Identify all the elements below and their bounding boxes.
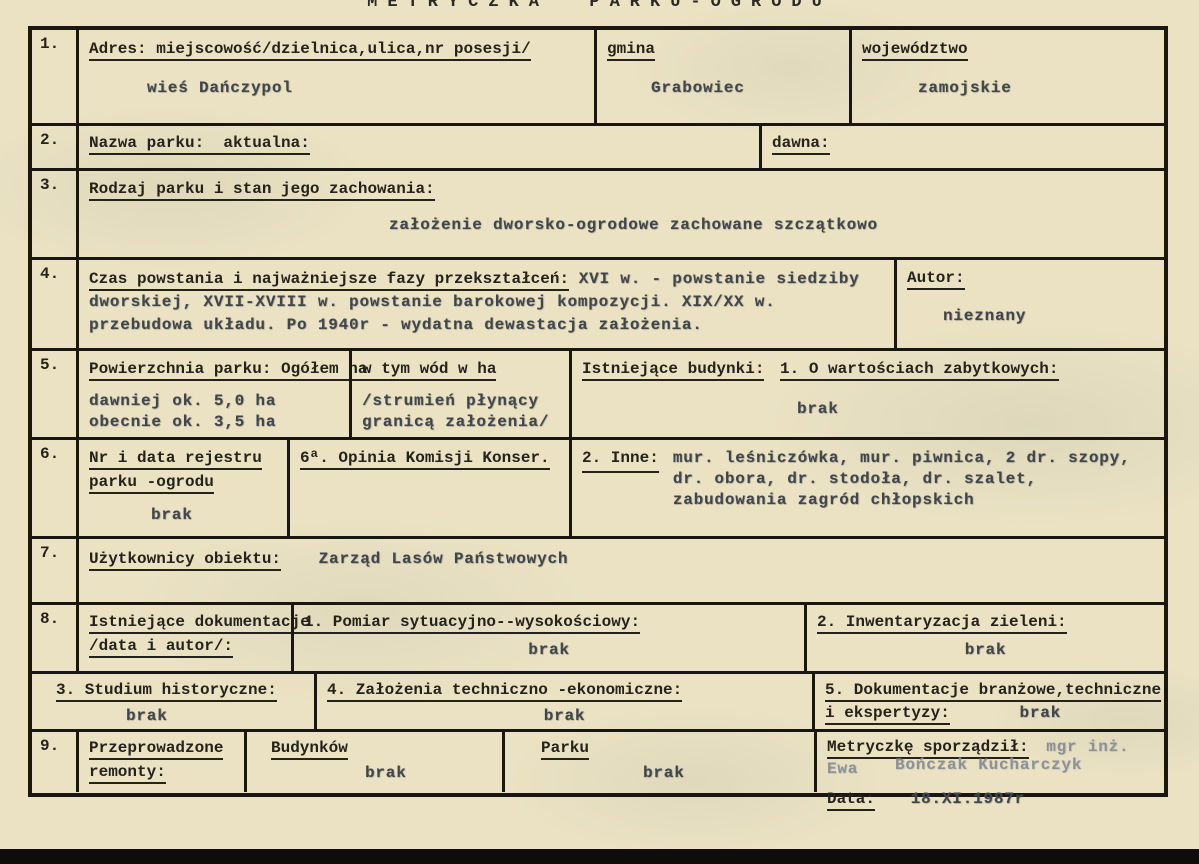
form-table: 1. Adres: miejscowość/dzielnica,ulica,nr…: [28, 26, 1168, 797]
author-label: Autor:: [907, 269, 965, 290]
greenery-inventory-cell: 2. Inwentaryzacja zieleni: brak: [804, 605, 1164, 671]
expert-docs-label-line2: i ekspertyzy:: [825, 704, 950, 725]
water-cell: w tym wód w ha /strumień płynący granicą…: [349, 351, 569, 437]
gmina-label: gmina: [607, 40, 655, 61]
former-name-cell: dawna:: [759, 126, 1164, 168]
park-name-cell: Nazwa parku: aktualna:: [79, 126, 759, 168]
buildings-label: Istniejące budynki:: [582, 360, 764, 381]
documentation-cell: Istniejące dokumentacje /data i autor/:: [79, 605, 291, 671]
expert-docs-cell: 5. Dokumentacje branżowe,techniczne i ek…: [812, 674, 1171, 729]
register-cell: Nr i data rejestru parku -ogrodu brak: [79, 440, 287, 536]
historic-buildings-value: brak: [797, 399, 1154, 421]
form-row-3: 3. Rodzaj parku i stan jego zachowania: …: [32, 168, 1164, 257]
expert-docs-value: brak: [1019, 704, 1061, 722]
historic-buildings-label: 1. O wartościach zabytkowych:: [780, 360, 1058, 381]
area-label: Powierzchnia parku: Ogółem ha: [89, 360, 367, 381]
prepared-by-name-line2: Bończak Kucharczyk: [895, 755, 1082, 777]
register-value: brak: [151, 505, 277, 527]
technical-assumptions-value: brak: [327, 706, 802, 728]
row-6-number: 6.: [32, 440, 79, 536]
park-renovations-cell: Parku brak: [502, 732, 814, 792]
row-3-number: 3.: [32, 171, 79, 257]
row-7-number: 7.: [32, 539, 79, 602]
area-cell: Powierzchnia parku: Ogółem ha dawniej ok…: [79, 351, 349, 437]
form-row-8a: 8. Istniejące dokumentacje /data i autor…: [32, 602, 1164, 671]
row-4-number: 4.: [32, 260, 79, 348]
greenery-inventory-label: 2. Inwentaryzacja zieleni:: [817, 613, 1067, 634]
formation-label: Czas powstania i najważniejsze fazy prze…: [89, 270, 569, 291]
building-renovations-value: brak: [365, 763, 492, 785]
address-value: wieś Dańczypol: [147, 78, 584, 100]
address-label: Adres: miejscowość/dzielnica,ulica,nr po…: [89, 40, 531, 61]
form-row-2: 2. Nazwa parku: aktualna: dawna:: [32, 123, 1164, 168]
historical-study-cell: 3. Studium historyczne: brak: [32, 674, 314, 729]
form-row-4: 4. Czas powstania i najważniejsze fazy p…: [32, 257, 1164, 348]
row-1-number: 1.: [32, 30, 79, 123]
users-label: Użytkownicy obiektu:: [89, 550, 281, 571]
gmina-cell: gmina Grabowiec: [594, 30, 849, 123]
form-row-9: 9. Przeprowadzone remonty: Budynków brak…: [32, 729, 1164, 792]
form-row-8b: 3. Studium historyczne: brak 4. Założeni…: [32, 671, 1164, 729]
park-renovations-label: Parku: [541, 739, 589, 760]
park-kind-value: założenie dworsko-ogrodowe zachowane szc…: [389, 215, 1154, 237]
formation-cell: Czas powstania i najważniejsze fazy prze…: [79, 260, 894, 348]
technical-assumptions-label: 4. Założenia techniczno -ekonomiczne:: [327, 681, 682, 702]
survey-label: 1. Pomiar sytuacyjno--wysokościowy:: [304, 613, 640, 634]
park-name-label: Nazwa parku: aktualna:: [89, 134, 310, 155]
author-value: nieznany: [943, 306, 1154, 328]
former-name-label: dawna:: [772, 134, 830, 155]
row-8-number: 8.: [32, 605, 79, 671]
commission-opinion-cell: 6ª. Opinia Komisji Konser.: [287, 440, 569, 536]
date-label: Data:: [827, 790, 875, 811]
form-row-5: 5. Powierzchnia parku: Ogółem ha dawniej…: [32, 348, 1164, 437]
water-label: w tym wód w ha: [362, 360, 496, 381]
documentation-label-line2: /data i autor/:: [89, 637, 233, 658]
form-row-6: 6. Nr i data rejestru parku -ogrodu brak…: [32, 437, 1164, 536]
water-value-line2: granicą założenia/: [362, 412, 559, 434]
address-cell: Adres: miejscowość/dzielnica,ulica,nr po…: [79, 30, 594, 123]
area-value-line2: obecnie ok. 3,5 ha: [89, 412, 339, 434]
survey-value: brak: [304, 640, 794, 662]
row-2-number: 2.: [32, 126, 79, 168]
voivodeship-label: województwo: [862, 40, 968, 61]
renovations-label-line2: remonty:: [89, 763, 166, 784]
other-buildings-value: mur. leśniczówka, mur. piwnica, 2 dr. sz…: [673, 448, 1154, 530]
scan-bottom-band: [0, 849, 1199, 864]
technical-assumptions-cell: 4. Założenia techniczno -ekonomiczne: br…: [314, 674, 812, 729]
gmina-value: Grabowiec: [651, 78, 839, 100]
users-value: Zarząd Lasów Państwowych: [319, 550, 569, 568]
building-renovations-cell: Budynków brak: [244, 732, 502, 792]
park-kind-cell: Rodzaj parku i stan jego zachowania: zał…: [79, 171, 1164, 257]
scanned-document-page: METRYCZKA PARKU-OGRODU 1. Adres: miejsco…: [0, 0, 1199, 864]
commission-opinion-label: 6ª. Opinia Komisji Konser.: [300, 449, 550, 470]
register-label-line1: Nr i data rejestru: [89, 449, 262, 470]
historical-study-value: brak: [126, 706, 304, 728]
voivodeship-value: zamojskie: [918, 78, 1154, 100]
author-cell: Autor: nieznany: [894, 260, 1164, 348]
voivodeship-cell: województwo zamojskie: [849, 30, 1164, 123]
documentation-label-line1: Istniejące dokumentacje: [89, 613, 310, 634]
other-buildings-label: 2. Inne:: [582, 448, 659, 473]
row-5-number: 5.: [32, 351, 79, 437]
park-kind-label: Rodzaj parku i stan jego zachowania:: [89, 180, 435, 201]
historical-study-label: 3. Studium historyczne:: [56, 681, 277, 702]
document-title: METRYCZKA PARKU-OGRODU: [0, 0, 1199, 12]
renovations-cell: Przeprowadzone remonty:: [79, 732, 244, 792]
building-renovations-label: Budynków: [271, 739, 348, 760]
area-value-line1: dawniej ok. 5,0 ha: [89, 391, 339, 413]
form-row-1: 1. Adres: miejscowość/dzielnica,ulica,nr…: [32, 30, 1164, 123]
users-cell: Użytkownicy obiektu: Zarząd Lasów Państw…: [79, 539, 1164, 602]
greenery-inventory-value: brak: [817, 640, 1154, 662]
other-buildings-cell: 2. Inne: mur. leśniczówka, mur. piwnica,…: [569, 440, 1164, 536]
park-renovations-value: brak: [643, 763, 804, 785]
expert-docs-label-line1: 5. Dokumentacje branżowe,techniczne: [825, 681, 1161, 702]
existing-buildings-cell: Istniejące budynki: 1. O wartościach zab…: [569, 351, 1164, 437]
prepared-by-cell: Metryczkę sporządził: mgr inż. Ewa Bończ…: [814, 732, 1164, 792]
form-row-7: 7. Użytkownicy obiektu: Zarząd Lasów Pań…: [32, 536, 1164, 602]
row-9-number: 9.: [32, 732, 79, 792]
register-label-line2: parku -ogrodu: [89, 473, 214, 494]
renovations-label-line1: Przeprowadzone: [89, 739, 223, 760]
water-value-line1: /strumień płynący: [362, 391, 559, 413]
date-value: 18.XI.1987r: [911, 790, 1025, 808]
survey-cell: 1. Pomiar sytuacyjno--wysokościowy: brak: [291, 605, 804, 671]
